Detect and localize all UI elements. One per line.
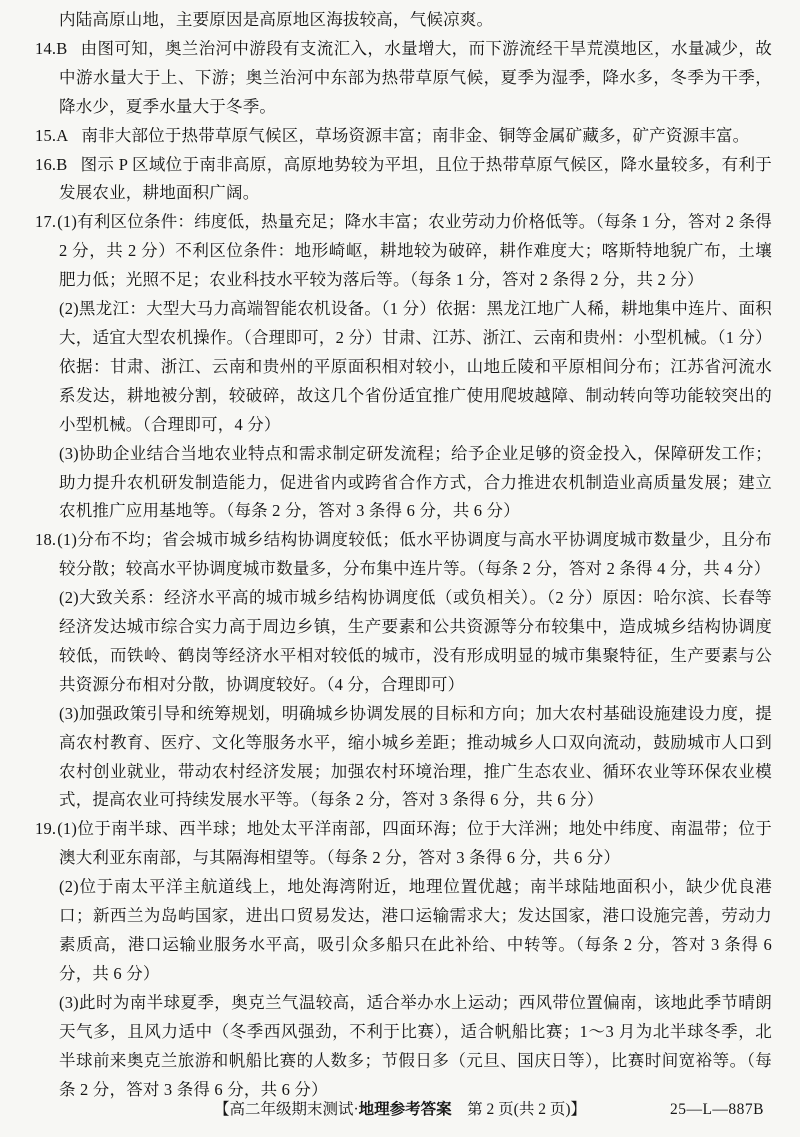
exam-code: 25—L—887B [670,1098,764,1122]
answer-number: 17. [35,212,56,231]
answer-paragraph-19-1: 19.(1)位于南半球、西半球；地处太平洋南部，四面环海；位于大洋洲；地处中纬度… [59,815,772,873]
answer-number: 19. [35,819,56,838]
answer-text: (1)分布不均；省会城市城乡结构协调度较低；低水平协调度与高水平协调度城市数量少… [57,530,772,578]
answer-paragraph-18-3: (3)加强政策引导和统筹规划，明确城乡协调发展的目标和方向；加大农村基础设施建设… [59,700,772,816]
answer-paragraph-17-3: (3)协助企业结合当地农业特点和需求制定研发流程；给予企业足够的资金投入，保障研… [59,440,772,527]
answer-text: 图示 P 区域位于南非高原，高原地势较为平坦，且位于热带草原气候区，降水量较多，… [59,155,772,203]
answer-text: (3)此时为南半球夏季，奥克兰气温较高，适合举办水上运动；西风带位置偏南，该地此… [59,993,772,1099]
answer-text: (3)加强政策引导和统筹规划，明确城乡协调发展的目标和方向；加大农村基础设施建设… [59,704,772,810]
answer-paragraph-18-2: (2)大致关系：经济水平高的城市城乡结构协调度低（或负相关）。（2 分）原因：哈… [59,584,772,700]
answer-paragraph-19-3: (3)此时为南半球夏季，奥克兰气温较高，适合举办水上运动；西风带位置偏南，该地此… [59,989,772,1105]
answers-body: 内陆高原山地，主要原因是高原地区海拔较高，气候凉爽。 14.B由图可知，奥兰治河… [0,0,800,1104]
answer-text: (3)协助企业结合当地农业特点和需求制定研发流程；给予企业足够的资金投入，保障研… [59,444,772,521]
answer-text: 内陆高原山地，主要原因是高原地区海拔较高，气候凉爽。 [59,10,493,29]
answer-text: (1)有利区位条件：纬度低，热量充足；降水丰富；农业劳动力价格低等。（每条 1 … [57,212,772,289]
answer-number: 18. [35,530,56,549]
answer-paragraph-14: 14.B由图可知，奥兰治河中游段有支流汇入，水量增大，而下游流经干旱荒漠地区，水… [59,35,772,122]
footer-page-number: 第 2 页(共 2 页)】 [452,1101,586,1118]
answer-text: (2)黑龙江：大型大马力高端智能农机设备。（1 分）依据：黑龙江地广人稀，耕地集… [59,299,772,434]
page-footer: 【高二年级期末测试·地理参考答案 第 2 页(共 2 页)】 25—L—887B [0,1098,800,1122]
footer-subject-title: 地理参考答案 [359,1101,452,1118]
answer-number: 15.A [35,126,68,145]
answer-paragraph-15: 15.A南非大部位于热带草原气候区，草场资源丰富；南非金、铜等金属矿藏多，矿产资… [59,122,772,151]
answer-paragraph-18-1: 18.(1)分布不均；省会城市城乡结构协调度较低；低水平协调度与高水平协调度城市… [59,526,772,584]
answer-paragraph-19-2: (2)位于南太平洋主航道线上，地处海湾附近，地理位置优越；南半球陆地面积小，缺少… [59,873,772,989]
document-page: 内陆高原山地，主要原因是高原地区海拔较高，气候凉爽。 14.B由图可知，奥兰治河… [0,0,800,1137]
answer-text: 由图可知，奥兰治河中游段有支流汇入，水量增大，而下游流经干旱荒漠地区，水量减少，… [59,39,772,116]
answer-paragraph-16: 16.B图示 P 区域位于南非高原，高原地势较为平坦，且位于热带草原气候区，降水… [59,151,772,209]
answer-text: 南非大部位于热带草原气候区，草场资源丰富；南非金、铜等金属矿藏多，矿产资源丰富。 [81,126,749,145]
answer-text: (2)大致关系：经济水平高的城市城乡结构协调度低（或负相关）。（2 分）原因：哈… [59,588,772,694]
footer-exam-name: 【高二年级期末测试· [214,1101,359,1118]
answer-paragraph-17-1: 17.(1)有利区位条件：纬度低，热量充足；降水丰富；农业劳动力价格低等。（每条… [59,208,772,295]
answer-number: 16.B [35,155,67,174]
answer-text: (1)位于南半球、西半球；地处太平洋南部，四面环海；位于大洋洲；地处中纬度、南温… [57,819,772,867]
answer-number: 14.B [35,39,67,58]
answer-paragraph-17-2: (2)黑龙江：大型大马力高端智能农机设备。（1 分）依据：黑龙江地广人稀，耕地集… [59,295,772,440]
answer-paragraph-continuation: 内陆高原山地，主要原因是高原地区海拔较高，气候凉爽。 [59,6,772,35]
answer-text: (2)位于南太平洋主航道线上，地处海湾附近，地理位置优越；南半球陆地面积小，缺少… [59,877,772,983]
